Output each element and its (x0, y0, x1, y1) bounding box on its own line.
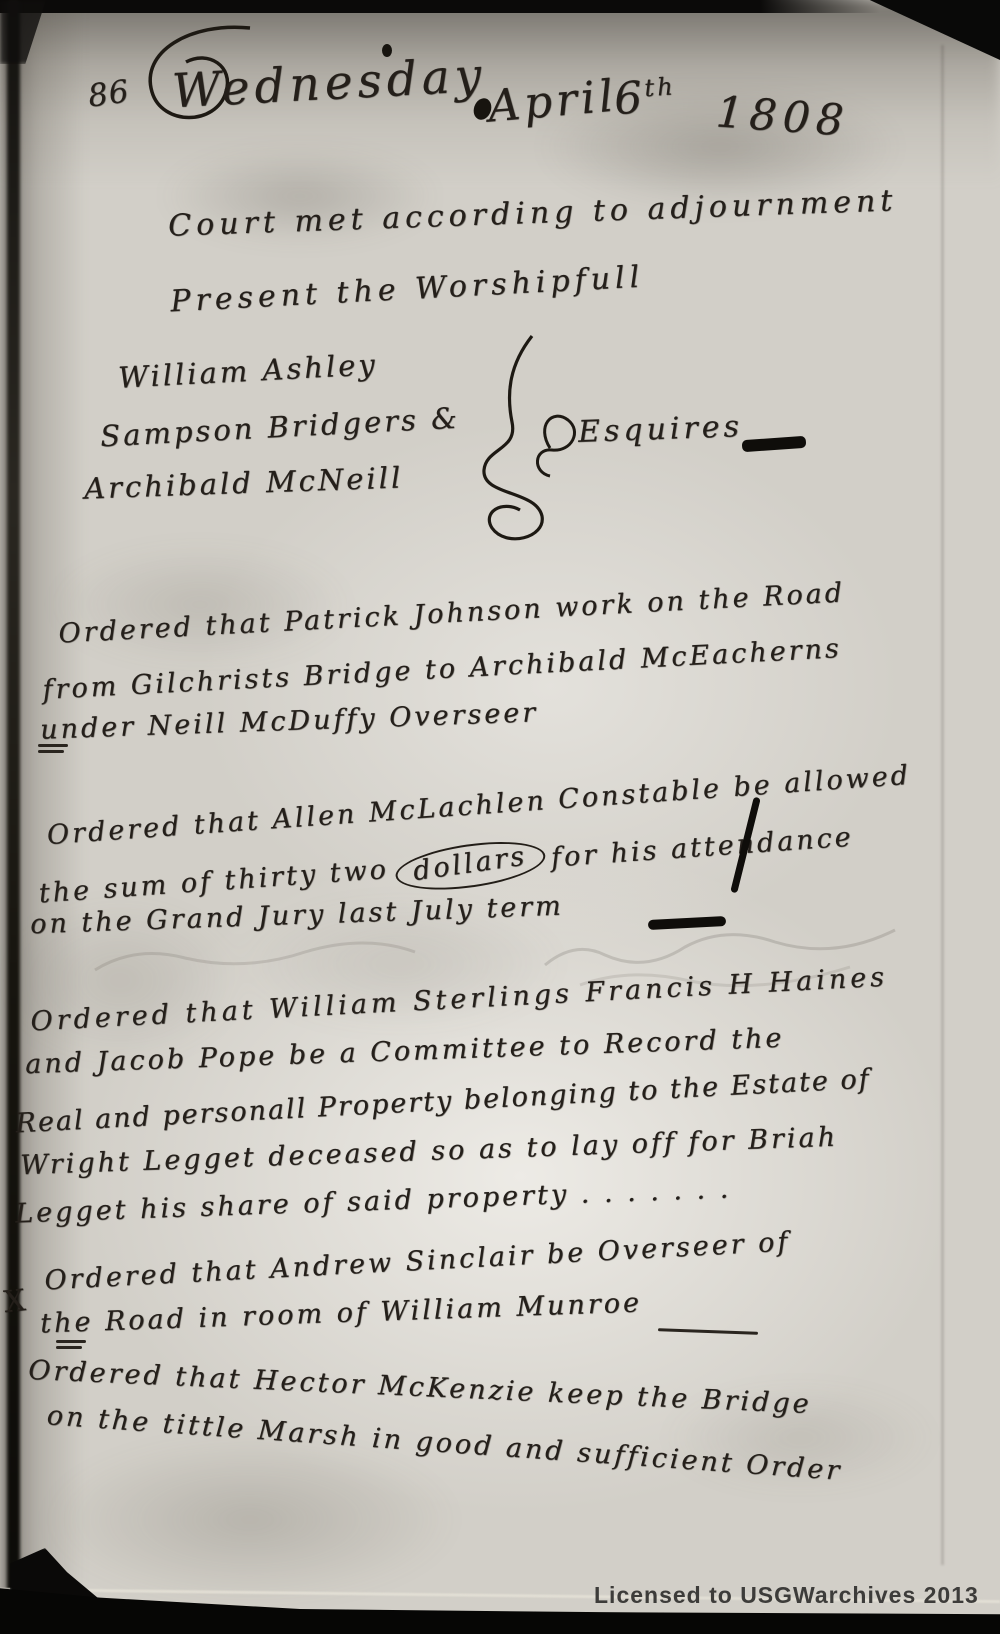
circled-word: dollars (392, 834, 547, 898)
justice-name: Sampson Bridgers & (99, 401, 460, 454)
date-day-number: 6 (612, 72, 646, 125)
present-line: Present the Worshipfull (169, 260, 645, 320)
order-line-segment: for his attendance (550, 822, 855, 874)
ink-dash (742, 436, 807, 452)
top-left-ink-blob (0, 0, 46, 64)
order-line: Ordered that Andrew Sinclair be Overseer… (44, 1226, 791, 1296)
justice-name: Archibald McNeill (84, 460, 404, 505)
order-line: the Road in room of William Munroe (40, 1288, 643, 1340)
license-watermark: Licensed to USGWarchives 2013 (594, 1582, 979, 1609)
date-month: April (486, 70, 619, 132)
double-underline-mark (56, 1340, 86, 1343)
bleedthrough-marks (90, 930, 420, 990)
opening-line: Court met according to adjournment (168, 183, 898, 243)
order-line: under Neill McDuffy Overseer (40, 697, 539, 745)
double-underline-mark (56, 1346, 82, 1349)
justice-name: William Ashley (117, 347, 378, 395)
margin-x-mark: X (2, 1283, 30, 1320)
underline-mark (38, 744, 68, 747)
top-right-corner-black (852, 0, 1000, 60)
date-year: 1808 (714, 87, 851, 146)
underline-mark (38, 750, 64, 753)
left-binding-edge (7, 0, 20, 1634)
order-line: Legget his share of said property . . . … (15, 1174, 732, 1230)
justices-title: Esquires (577, 409, 743, 450)
top-edge-black (0, 0, 1000, 13)
scanned-manuscript-page: 86 Wednesday April 6th 1808 Court met ac… (0, 0, 1000, 1634)
date-day-ordinal: th (643, 72, 676, 102)
page-fold-line (941, 45, 944, 1565)
ink-spot (382, 44, 392, 57)
bottom-left-ink-blob (10, 1548, 102, 1634)
date-day: 6th (612, 70, 678, 125)
trailing-dash (658, 1328, 758, 1334)
page-number: 86 (86, 73, 132, 114)
binding-shadow (0, 0, 85, 1634)
brace-flourish (440, 330, 590, 550)
